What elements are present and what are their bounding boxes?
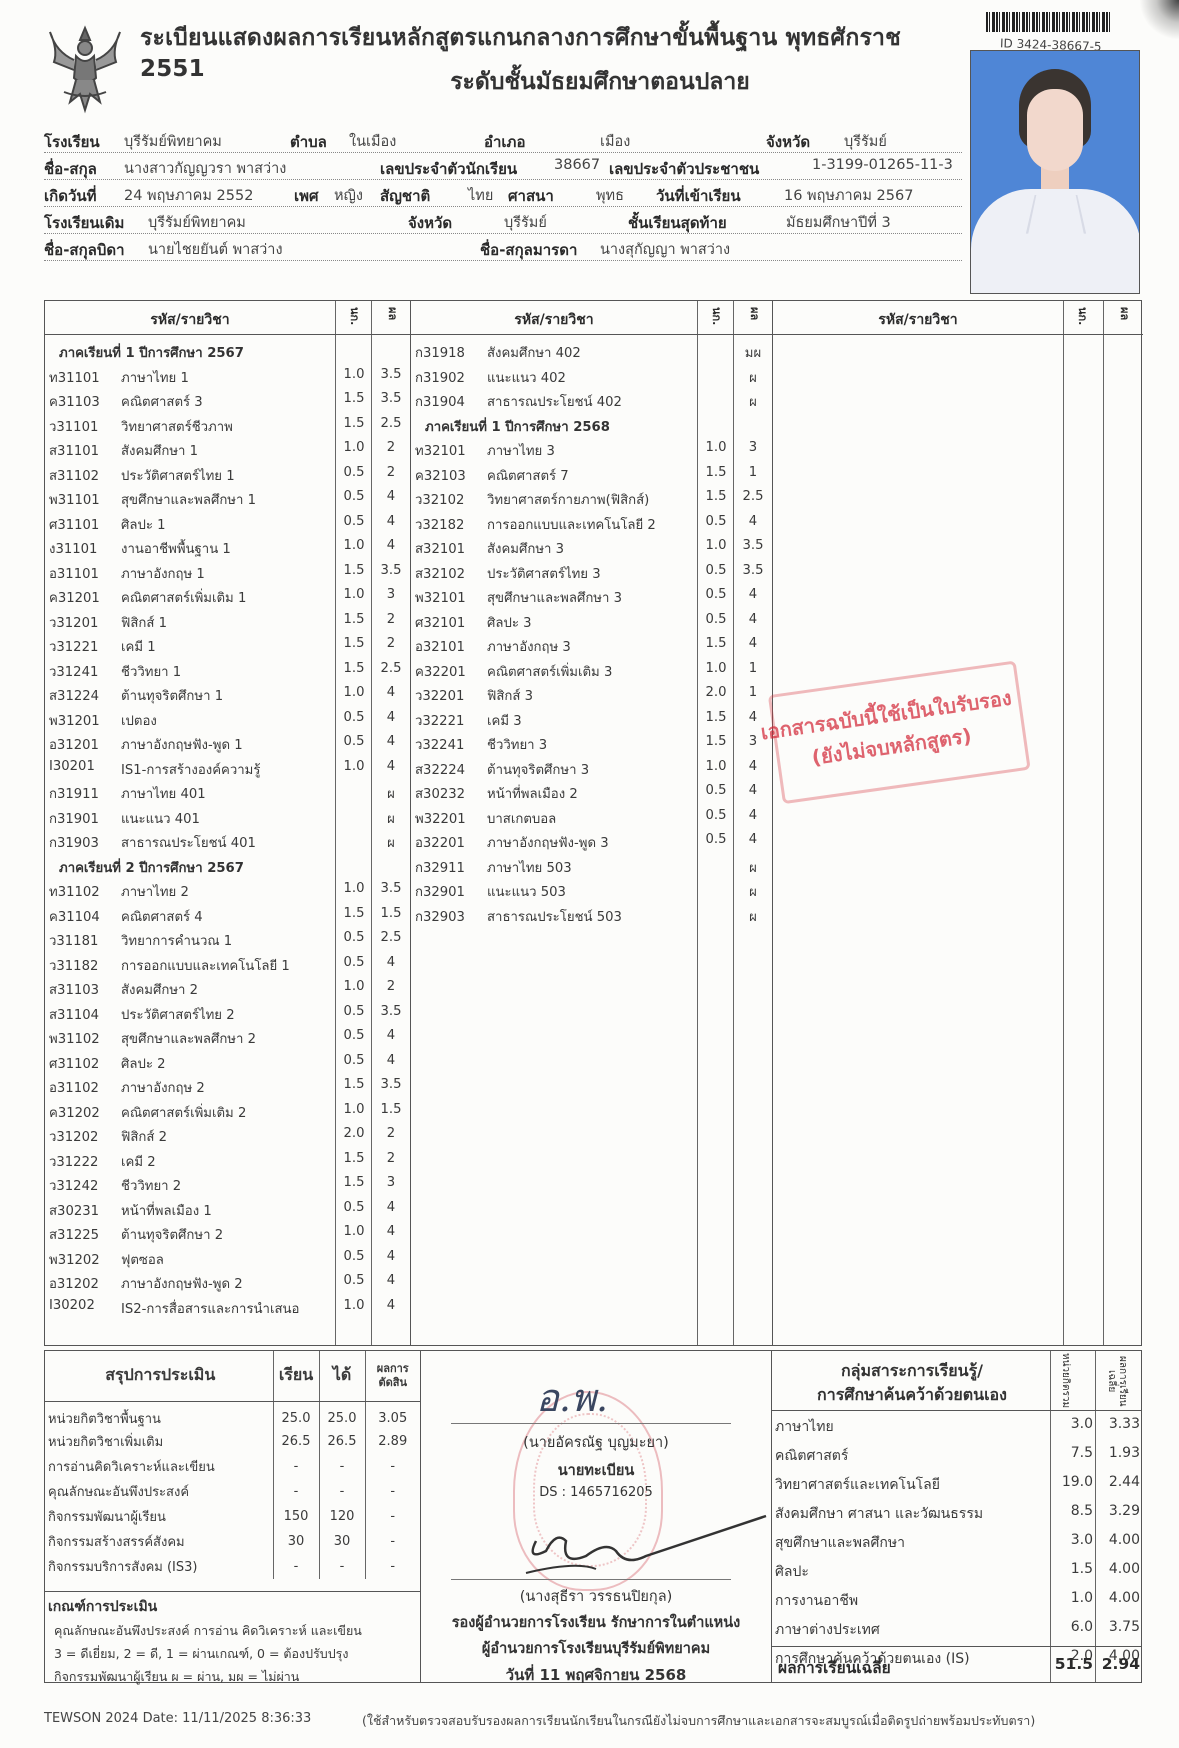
summary-label: การอ่านคิดวิเคราะห์และเขียน — [45, 1454, 273, 1479]
subject-code: ง31101 — [49, 538, 97, 559]
subject-credit: 0.5 — [337, 1053, 371, 1068]
director-title-1: รองผู้อำนวยการโรงเรียน รักษาการในตำแหน่ง — [421, 1611, 771, 1634]
birth-value: 24 พฤษภาคม 2552 — [124, 184, 253, 207]
sex-label: เพศ — [294, 184, 319, 208]
subject-code: ว31222 — [49, 1151, 98, 1172]
subject-name: เปตอง — [121, 710, 157, 731]
subject-grade: 2 — [373, 612, 409, 627]
subject-grade: 1.5 — [373, 906, 409, 921]
group-average: 1.93 — [1098, 1445, 1140, 1461]
subject-grade: 4 — [373, 1028, 409, 1043]
header-credit: นก. — [345, 307, 363, 325]
summary-label: คุณลักษณะอันพึงประสงค์ — [45, 1479, 273, 1504]
subject-code: ส30232 — [415, 783, 465, 804]
subject-row: ท31101ภาษาไทย 11.03.5 — [45, 364, 410, 389]
subject-row: ศ31101ศิลปะ 10.54 — [45, 511, 410, 536]
subject-code: ว31202 — [49, 1126, 98, 1147]
header-subject: รหัส/รายวิชา — [411, 309, 697, 331]
summary-row: คุณลักษณะอันพึงประสงค์--- — [45, 1479, 420, 1504]
groups-title-line-2: การศึกษาค้นคว้าด้วยตนเอง — [772, 1383, 1052, 1407]
summary-result: - — [365, 1479, 420, 1504]
subject-credit: 0.5 — [337, 734, 371, 749]
subject-name: วิทยาศาสตร์ชีวภาพ — [121, 416, 233, 437]
enroll-label: วันที่เข้าเรียน — [656, 184, 741, 208]
garuda-emblem-icon — [46, 22, 124, 114]
subject-name: แนะแนว 401 — [121, 808, 200, 829]
subject-row: ก31902แนะแนว 402ผ — [411, 364, 772, 389]
learning-group-row: ภาษาไทย3.03.33 — [772, 1411, 1141, 1440]
summary-label: หน่วยกิตวิชาพื้นฐาน — [45, 1401, 273, 1429]
summary-result: 2.89 — [365, 1429, 420, 1454]
subject-name: ภาษาไทย 401 — [121, 783, 206, 804]
subject-row: ส31102ประวัติศาสตร์ไทย 10.52 — [45, 462, 410, 487]
summary-result: - — [365, 1454, 420, 1479]
group-credits: 3.0 — [1053, 1532, 1093, 1548]
district-label: อำเภอ — [484, 130, 525, 154]
subject-name: เคมี 3 — [487, 710, 522, 731]
subject-credit: 1.5 — [337, 416, 371, 431]
group-average: 4.00 — [1098, 1532, 1140, 1548]
summary-label: กิจกรรมพัฒนาผู้เรียน — [45, 1504, 273, 1529]
summary-earned: 30 — [319, 1529, 365, 1554]
subject-grade: 4 — [373, 1224, 409, 1239]
subject-grade: 2 — [373, 465, 409, 480]
subject-grade: 2 — [373, 979, 409, 994]
subject-name: สาธารณประโยชน์ 503 — [487, 906, 622, 927]
subject-code: อ32201 — [415, 832, 465, 853]
sex-value: หญิง — [334, 184, 363, 207]
subject-row: อ31201ภาษาอังกฤษฟัง-พูด 10.54 — [45, 731, 410, 756]
name-label: ชื่อ-สกุล — [44, 157, 97, 181]
subject-row: ว31201ฟิสิกส์ 11.52 — [45, 609, 410, 634]
subject-code: พ32101 — [415, 587, 466, 608]
summary-header-result: ผลการตัดสิน — [365, 1351, 420, 1401]
subject-credit: 1.0 — [337, 881, 371, 896]
subject-credit: 0.5 — [337, 1004, 371, 1019]
subject-name: คณิตศาสตร์ 3 — [121, 391, 203, 412]
subject-credit: 2.0 — [337, 1126, 371, 1141]
summary-label: กิจกรรมสร้างสรรค์สังคม — [45, 1529, 273, 1554]
subject-grade: 1 — [735, 661, 771, 676]
table-header: รหัส/รายวิชานก.ผล — [45, 301, 410, 335]
subject-credit: 1.0 — [699, 440, 733, 455]
subject-code: ค31202 — [49, 1102, 100, 1123]
subject-name: ศิลปะ 2 — [121, 1053, 166, 1074]
subject-code: ส32102 — [415, 563, 465, 584]
subject-grade: ผ — [735, 881, 771, 902]
signature-block: อ.พ. (นายอัครณัฐ บุญมะยา) นายทะเบียน DS … — [421, 1350, 771, 1683]
subject-name: ฟุตซอล — [121, 1249, 164, 1270]
subject-grade: 4 — [373, 1249, 409, 1264]
grades-column-3: รหัส/รายวิชานก.ผล — [773, 301, 1143, 1345]
subject-grade: 4 — [373, 710, 409, 725]
subject-credit: 1.5 — [337, 1077, 371, 1092]
group-average: 4.00 — [1098, 1561, 1140, 1577]
father-label: ชื่อ-สกุลบิดา — [44, 238, 125, 262]
director-name: (นางสุธีรา วรรธนปิยกุล) — [421, 1585, 771, 1608]
director-title-2: ผู้อำนวยการโรงเรียนบุรีรัมย์พิทยาคม — [421, 1637, 771, 1660]
subject-row: พ31202ฟุตซอล0.54 — [45, 1246, 410, 1271]
learning-groups-title: กลุ่มสาระการเรียนรู้/ การศึกษาค้นคว้าด้ว… — [772, 1359, 1052, 1407]
subject-credit: 1.5 — [699, 489, 733, 504]
photo-edge-shadow — [1139, 0, 1179, 40]
summary-earned: 26.5 — [319, 1429, 365, 1454]
subject-row: ศ31102ศิลปะ 20.54 — [45, 1050, 410, 1075]
subject-row: อ32101ภาษาอังกฤษ 31.54 — [411, 633, 772, 658]
subject-credit: 0.5 — [337, 710, 371, 725]
subject-code: ท32101 — [415, 440, 466, 461]
subject-name: สังคมศึกษา 2 — [121, 979, 198, 1000]
subject-credit: 0.5 — [337, 1273, 371, 1288]
group-name: วิทยาศาสตร์และเทคโนโลยี — [775, 1474, 940, 1496]
summary-studied: 25.0 — [273, 1401, 319, 1429]
subject-name: ภาษาอังกฤษฟัง-พูด 2 — [121, 1273, 243, 1294]
subject-name: การออกแบบและเทคโนโลยี 2 — [487, 514, 656, 535]
subject-name: คณิตศาสตร์เพิ่มเติม 2 — [121, 1102, 246, 1123]
subject-grade: 4 — [373, 685, 409, 700]
subject-code: ว32102 — [415, 489, 464, 510]
summary-result: - — [365, 1504, 420, 1529]
document-subtitle: ระดับชั้นมัธยมศึกษาตอนปลาย — [380, 64, 820, 100]
subject-grade: 2.5 — [735, 489, 771, 504]
summary-row: กิจกรรมพัฒนาผู้เรียน150120- — [45, 1504, 420, 1529]
group-name: สังคมศึกษา ศาสนา และวัฒนธรรม — [775, 1503, 983, 1525]
subject-grade: 2 — [373, 440, 409, 455]
subject-name: คณิตศาสตร์เพิ่มเติม 3 — [487, 661, 612, 682]
group-name: ภาษาต่างประเทศ — [775, 1619, 880, 1641]
prev-province-label: จังหวัด — [408, 211, 452, 235]
subject-grade: 3.5 — [735, 563, 771, 578]
subject-grade: 4 — [373, 734, 409, 749]
barcode — [986, 12, 1112, 32]
semester-label: ภาคเรียนที่ 1 ปีการศึกษา 2567 — [59, 342, 244, 363]
subject-credit: 1.0 — [337, 440, 371, 455]
subject-code: พ31201 — [49, 710, 100, 731]
subject-grade: 2.5 — [373, 930, 409, 945]
subject-name: เคมี 1 — [121, 636, 156, 657]
subject-grade: 4 — [373, 1200, 409, 1215]
subject-row: ว31181วิทยาการคำนวณ 10.52.5 — [45, 927, 410, 952]
summary-earned: 120 — [319, 1504, 365, 1529]
subject-code: ส31224 — [49, 685, 99, 706]
subject-grade: 4 — [373, 955, 409, 970]
semester-label: ภาคเรียนที่ 1 ปีการศึกษา 2568 — [425, 416, 610, 437]
subject-credit: 0.5 — [337, 930, 371, 945]
subject-name: IS1-การสร้างองค์ความรู้ — [121, 759, 260, 780]
subject-name: คณิตศาสตร์ 7 — [487, 465, 569, 486]
subject-name: สาธารณประโยชน์ 402 — [487, 391, 622, 412]
summary-row: การอ่านคิดวิเคราะห์และเขียน--- — [45, 1454, 420, 1479]
semester-heading: ภาคเรียนที่ 1 ปีการศึกษา 2568 — [411, 413, 772, 438]
header-credit: นก. — [1073, 307, 1091, 325]
subject-name: ประวัติศาสตร์ไทย 1 — [121, 465, 235, 486]
subject-name: วิทยาการคำนวณ 1 — [121, 930, 232, 951]
subject-row: ก31918สังคมศึกษา 402มผ — [411, 339, 772, 364]
print-info: TEWSON 2024 Date: 11/11/2025 8:36:33 — [44, 1711, 311, 1726]
assessment-summary: สรุปการประเมิน เรียน ได้ ผลการตัดสิน หน่… — [44, 1350, 421, 1683]
subject-row: อ31102ภาษาอังกฤษ 21.53.5 — [45, 1074, 410, 1099]
subject-credit: 0.5 — [337, 489, 371, 504]
subject-row: ว32201ฟิสิกส์ 32.01 — [411, 682, 772, 707]
subject-name: ภาษาอังกฤษ 3 — [487, 636, 571, 657]
subject-name: ภาษาไทย 503 — [487, 857, 572, 878]
subject-credit: 1.5 — [337, 1151, 371, 1166]
student-id-label: เลขประจำตัวนักเรียน — [380, 157, 517, 181]
subject-code: ก32901 — [415, 881, 465, 902]
subject-row: ส30232หน้าที่พลเมือง 20.54 — [411, 780, 772, 805]
subject-grade: 4 — [373, 514, 409, 529]
subject-credit: 1.0 — [337, 759, 371, 774]
summary-header-earned: ได้ — [319, 1351, 365, 1401]
overall-gpa: 2.94 — [1098, 1655, 1140, 1673]
subject-code: ท31102 — [49, 881, 100, 902]
subject-grade: 3.5 — [373, 1004, 409, 1019]
subject-credit: 0.5 — [699, 783, 733, 798]
group-name: ศิลปะ — [775, 1561, 809, 1583]
subject-name: แนะแนว 503 — [487, 881, 566, 902]
subject-row: ส32102ประวัติศาสตร์ไทย 30.53.5 — [411, 560, 772, 585]
summary-row: กิจกรรมบริการสังคม (IS3)--- — [45, 1554, 420, 1579]
group-name: คณิตศาสตร์ — [775, 1445, 848, 1467]
overall-gpa-row: ผลการเรียนเฉลี่ย 51.5 2.94 — [772, 1646, 1141, 1682]
subject-credit: 1.5 — [699, 734, 733, 749]
subject-grade: ผ — [735, 367, 771, 388]
subject-credit: 1.0 — [699, 759, 733, 774]
subject-name: หน้าที่พลเมือง 2 — [487, 783, 578, 804]
subject-grade: ผ — [373, 832, 409, 853]
subject-row: ส31103สังคมศึกษา 21.02 — [45, 976, 410, 1001]
group-credits: 1.5 — [1053, 1561, 1093, 1577]
subject-code: ว32221 — [415, 710, 464, 731]
subject-credit: 0.5 — [699, 832, 733, 847]
subject-row: พ32201บาสเกตบอล0.54 — [411, 805, 772, 830]
student-photo — [970, 50, 1140, 294]
subject-code: I30201 — [49, 759, 95, 774]
subject-row: ค31202คณิตศาสตร์เพิ่มเติม 21.01.5 — [45, 1099, 410, 1124]
summary-studied: - — [273, 1554, 319, 1579]
subject-row: ค31104คณิตศาสตร์ 41.51.5 — [45, 903, 410, 928]
subject-name: ต้านทุจริตศึกษา 2 — [121, 1224, 223, 1245]
subject-credit: 1.5 — [699, 636, 733, 651]
subject-name: คณิตศาสตร์เพิ่มเติม 1 — [121, 587, 246, 608]
subject-code: ศ32101 — [415, 612, 465, 633]
group-average: 3.33 — [1098, 1416, 1140, 1432]
summary-header-title: สรุปการประเมิน — [45, 1351, 273, 1401]
subject-code: ก31904 — [415, 391, 465, 412]
signature-line — [451, 1579, 731, 1580]
religion-label: ศาสนา — [508, 184, 554, 208]
group-credits: 3.0 — [1053, 1416, 1093, 1432]
subdistrict-value: ในเมือง — [349, 130, 396, 153]
subject-credit: 2.0 — [699, 685, 733, 700]
assessment-criteria: เกณฑ์การประเมิน คุณลักษณะอันพึงประสงค์ ก… — [45, 1591, 420, 1692]
summary-studied: 150 — [273, 1504, 319, 1529]
subject-name: ภาษาอังกฤษ 1 — [121, 563, 205, 584]
subject-row: ก32911ภาษาไทย 503ผ — [411, 854, 772, 879]
criteria-line: กิจกรรมพัฒนาผู้เรียน ผ = ผ่าน, มผ = ไม่ผ… — [48, 1665, 417, 1688]
subject-row: ว32221เคมี 31.54 — [411, 707, 772, 732]
mother-label: ชื่อ-สกุลมารดา — [480, 238, 577, 262]
subject-code: ส31104 — [49, 1004, 99, 1025]
learning-group-row: สังคมศึกษา ศาสนา และวัฒนธรรม8.53.29 — [772, 1498, 1141, 1527]
semester-heading: ภาคเรียนที่ 2 ปีการศึกษา 2567 — [45, 854, 410, 879]
subject-row: ก31911ภาษาไทย 401ผ — [45, 780, 410, 805]
transcript-page: ระเบียนแสดงผลการเรียนหลักสูตรแกนกลางการศ… — [0, 0, 1179, 1748]
learning-group-row: ภาษาต่างประเทศ6.03.75 — [772, 1614, 1141, 1643]
subject-grade: 3.5 — [373, 391, 409, 406]
total-credits: 51.5 — [1053, 1655, 1093, 1673]
subject-name: ศิลปะ 1 — [121, 514, 166, 535]
subject-credit: 0.5 — [337, 955, 371, 970]
subject-code: ก31918 — [415, 342, 465, 363]
subject-grade: 1.5 — [373, 1102, 409, 1117]
subject-code: ว31101 — [49, 416, 98, 437]
subject-row: พ31102สุขศึกษาและพลศึกษา 20.54 — [45, 1025, 410, 1050]
subject-code: ส31102 — [49, 465, 99, 486]
subject-credit: 1.0 — [337, 685, 371, 700]
subject-grade: 4 — [735, 587, 771, 602]
subject-credit: 0.5 — [699, 612, 733, 627]
subject-name: ภาษาไทย 2 — [121, 881, 189, 902]
subject-grade: 2 — [373, 1151, 409, 1166]
registrar-name: (นายอัครณัฐ บุญมะยา) — [421, 1431, 771, 1454]
subject-row: ท32101ภาษาไทย 31.03 — [411, 437, 772, 462]
school-value: บุรีรัมย์พิทยาคม — [124, 130, 222, 153]
summary-studied: 30 — [273, 1529, 319, 1554]
subject-row: ว32241ชีววิทยา 31.53 — [411, 731, 772, 756]
subject-row: อ32201ภาษาอังกฤษฟัง-พูด 30.54 — [411, 829, 772, 854]
table-header: รหัส/รายวิชานก.ผล — [773, 301, 1143, 335]
subject-code: พ31102 — [49, 1028, 100, 1049]
subject-name: IS2-การสื่อสารและการนำเสนอ — [121, 1298, 299, 1319]
summary-studied: - — [273, 1454, 319, 1479]
subject-grade: 3.5 — [735, 538, 771, 553]
summary-result: 3.05 — [365, 1401, 420, 1429]
subject-name: ศิลปะ 3 — [487, 612, 532, 633]
subject-row: พ32101สุขศึกษาและพลศึกษา 30.54 — [411, 584, 772, 609]
subject-code: พ32201 — [415, 808, 466, 829]
subject-code: I30202 — [49, 1298, 95, 1313]
subject-grade: 4 — [735, 832, 771, 847]
subject-code: ก31903 — [49, 832, 99, 853]
subject-name: คณิตศาสตร์ 4 — [121, 906, 203, 927]
subject-row: ค32103คณิตศาสตร์ 71.51 — [411, 462, 772, 487]
ds-number: DS : 1465716205 — [421, 1485, 771, 1500]
subject-name: ชีววิทยา 3 — [487, 734, 547, 755]
subject-code: ส32101 — [415, 538, 465, 559]
subject-code: ว32241 — [415, 734, 464, 755]
subject-code: ว31221 — [49, 636, 98, 657]
subject-credit: 0.5 — [337, 1249, 371, 1264]
subject-code: ค31104 — [49, 906, 100, 927]
subject-row: ว31182การออกแบบและเทคโนโลยี 10.54 — [45, 952, 410, 977]
group-name: ภาษาไทย — [775, 1416, 834, 1438]
subject-credit: 0.5 — [699, 587, 733, 602]
signature-line — [451, 1423, 731, 1424]
subject-code: ว32201 — [415, 685, 464, 706]
subject-grade: 3 — [373, 587, 409, 602]
subject-name: ภาษาอังกฤษฟัง-พูด 3 — [487, 832, 609, 853]
subject-code: อ31201 — [49, 734, 99, 755]
group-average: 4.00 — [1098, 1590, 1140, 1606]
subject-name: สังคมศึกษา 3 — [487, 538, 564, 559]
subject-name: บาสเกตบอล — [487, 808, 556, 829]
criteria-title: เกณฑ์การประเมิน — [48, 1596, 417, 1619]
subject-grade: 4 — [373, 1053, 409, 1068]
criteria-line: 3 = ดีเยี่ยม, 2 = ดี, 1 = ผ่านเกณฑ์, 0 =… — [48, 1642, 417, 1665]
subject-grade: 1 — [735, 465, 771, 480]
subject-row: ก31904สาธารณประโยชน์ 402ผ — [411, 388, 772, 413]
subject-grade: มผ — [735, 342, 771, 363]
subject-row: ก32903สาธารณประโยชน์ 503ผ — [411, 903, 772, 928]
header-subject: รหัส/รายวิชา — [45, 309, 335, 331]
summary-result: - — [365, 1529, 420, 1554]
subject-row: พ31201เปตอง0.54 — [45, 707, 410, 732]
student-id-value: 38667 — [554, 157, 600, 173]
summary-row: หน่วยกิตวิชาเพิ่มเติม26.526.52.89 — [45, 1429, 420, 1454]
subject-credit: 0.5 — [337, 465, 371, 480]
criteria-line: คุณลักษณะอันพึงประสงค์ การอ่าน คิดวิเครา… — [48, 1619, 417, 1642]
subject-credit: 1.5 — [337, 391, 371, 406]
subject-credit: 1.5 — [337, 661, 371, 676]
subject-row: I30202IS2-การสื่อสารและการนำเสนอ1.04 — [45, 1295, 410, 1320]
district-value: เมือง — [600, 130, 630, 153]
subject-row: ว31242ชีววิทยา 21.53 — [45, 1172, 410, 1197]
subject-credit: 1.0 — [337, 538, 371, 553]
credits-header: หน่วยกิตรวม — [1060, 1353, 1071, 1409]
issue-date: วันที่ 11 พฤศจิกายน 2568 — [421, 1663, 771, 1687]
subject-row: ค31103คณิตศาสตร์ 31.53.5 — [45, 388, 410, 413]
last-grade-label: ชั้นเรียนสุดท้าย — [628, 211, 727, 235]
subject-code: ว31181 — [49, 930, 98, 951]
summary-earned: - — [319, 1479, 365, 1504]
learning-group-row: การงานอาชีพ1.04.00 — [772, 1585, 1141, 1614]
subject-grade: ผ — [735, 391, 771, 412]
subject-grade: 4 — [735, 612, 771, 627]
group-average: 3.29 — [1098, 1503, 1140, 1519]
semester-heading: ภาคเรียนที่ 1 ปีการศึกษา 2567 — [45, 339, 410, 364]
group-average: 2.44 — [1098, 1474, 1140, 1490]
header-grade: ผล — [745, 307, 763, 320]
subject-row: ส31224ต้านทุจริตศึกษา 11.04 — [45, 682, 410, 707]
prev-school-label: โรงเรียนเดิม — [44, 211, 124, 235]
header-grade: ผล — [383, 307, 401, 320]
subject-grade: 3.5 — [373, 367, 409, 382]
subject-row: ว31202ฟิสิกส์ 22.02 — [45, 1123, 410, 1148]
subject-row: อ31202ภาษาอังกฤษฟัง-พูด 20.54 — [45, 1270, 410, 1295]
subject-credit: 0.5 — [337, 1028, 371, 1043]
subject-grade: 2.5 — [373, 661, 409, 676]
subject-name: ชีววิทยา 1 — [121, 661, 181, 682]
subject-grade: ผ — [735, 857, 771, 878]
subject-code: ว32182 — [415, 514, 464, 535]
subject-grade: 4 — [373, 538, 409, 553]
summary-label: หน่วยกิตวิชาเพิ่มเติม — [45, 1429, 273, 1454]
subject-credit: 1.0 — [337, 1102, 371, 1117]
group-name: การงานอาชีพ — [775, 1590, 858, 1612]
subject-grade: 4 — [373, 489, 409, 504]
learning-group-row: ศิลปะ1.54.00 — [772, 1556, 1141, 1585]
subject-code: ศ31101 — [49, 514, 99, 535]
subject-name: ประวัติศาสตร์ไทย 2 — [121, 1004, 235, 1025]
subject-row: ว32182การออกแบบและเทคโนโลยี 20.54 — [411, 511, 772, 536]
subject-row: พ31101สุขศึกษาและพลศึกษา 10.54 — [45, 486, 410, 511]
subject-grade: 3.5 — [373, 563, 409, 578]
group-credits: 1.0 — [1053, 1590, 1093, 1606]
subject-row: ส32224ต้านทุจริตศึกษา 31.04 — [411, 756, 772, 781]
summary-result: - — [365, 1554, 420, 1579]
subject-row: ก31901แนะแนว 401ผ — [45, 805, 410, 830]
